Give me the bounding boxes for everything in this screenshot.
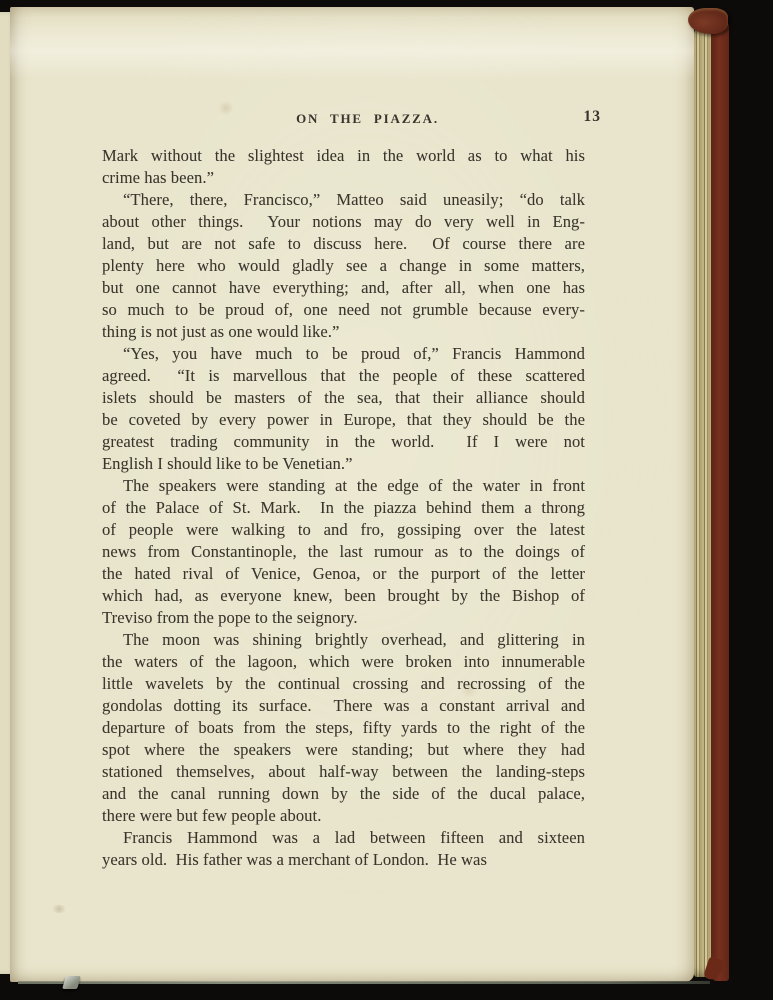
- text-line: which had, as everyone knew, been brough…: [102, 585, 585, 607]
- text-line: little wavelets by the continual crossin…: [102, 673, 585, 695]
- text-line: plenty here who would gladly see a chang…: [102, 255, 585, 277]
- text-line: gondolas dotting its surface. There was …: [102, 695, 585, 717]
- text-line: thing is not just as one would like.”: [102, 321, 585, 343]
- text-line: there were but few people about.: [102, 805, 585, 827]
- text-line: Francis Hammond was a lad between fiftee…: [102, 827, 585, 849]
- text-line: Treviso from the pope to the seignory.: [102, 607, 585, 629]
- text-line: so much to be proud of, one need not gru…: [102, 299, 585, 321]
- text-line: greatest trading community in the world.…: [102, 431, 585, 453]
- text-line: The moon was shining brightly overhead, …: [102, 629, 585, 651]
- text-line: spot where the speakers were standing; b…: [102, 739, 585, 761]
- text-line: years old. His father was a merchant of …: [102, 849, 585, 871]
- text-line: islets should be masters of the sea, tha…: [102, 387, 585, 409]
- metal-clip: [62, 976, 81, 989]
- text-line: “There, there, Francisco,” Matteo said u…: [102, 189, 585, 211]
- text-line: be coveted by every power in Europe, tha…: [102, 409, 585, 431]
- text-line: “Yes, you have much to be proud of,” Fra…: [102, 343, 585, 365]
- text-line: the hated rival of Venice, Genoa, or the…: [102, 563, 585, 585]
- text-line: but one cannot have everything; and, aft…: [102, 277, 585, 299]
- text-line: and the canal running down by the side o…: [102, 783, 585, 805]
- body-text-block: Mark without the slightest idea in the w…: [102, 145, 585, 871]
- text-line: the waters of the lagoon, which were bro…: [102, 651, 585, 673]
- page-number: 13: [584, 108, 602, 126]
- text-line: stationed themselves, about half-way bet…: [102, 761, 585, 783]
- book-scan-scene: ON THE PIAZZA. 13 Mark without the sligh…: [0, 0, 773, 1000]
- text-line: land, but are not safe to discuss here. …: [102, 233, 585, 255]
- book-page: ON THE PIAZZA. 13 Mark without the sligh…: [10, 7, 694, 982]
- text-line: agreed. “It is marvellous that the peopl…: [102, 365, 585, 387]
- running-title: ON THE PIAZZA.: [296, 111, 439, 127]
- text-line: of the Palace of St. Mark. In the piazza…: [102, 497, 585, 519]
- book-cover-corner: [688, 8, 728, 34]
- text-line: about other things. Your notions may do …: [102, 211, 585, 233]
- text-line: English I should like to be Venetian.”: [102, 453, 585, 475]
- text-line: crime has been.”: [102, 167, 585, 189]
- page-stain: [50, 905, 68, 913]
- text-line: departure of boats from the steps, fifty…: [102, 717, 585, 739]
- text-line: Mark without the slightest idea in the w…: [102, 145, 585, 167]
- book-cover-edge: [711, 24, 729, 981]
- scanner-cradle-edge: [18, 981, 710, 984]
- text-line: news from Constantinople, the last rumou…: [102, 541, 585, 563]
- text-line: The speakers were standing at the edge o…: [102, 475, 585, 497]
- text-line: of people were walking to and fro, gossi…: [102, 519, 585, 541]
- page-header: ON THE PIAZZA. 13: [102, 110, 585, 132]
